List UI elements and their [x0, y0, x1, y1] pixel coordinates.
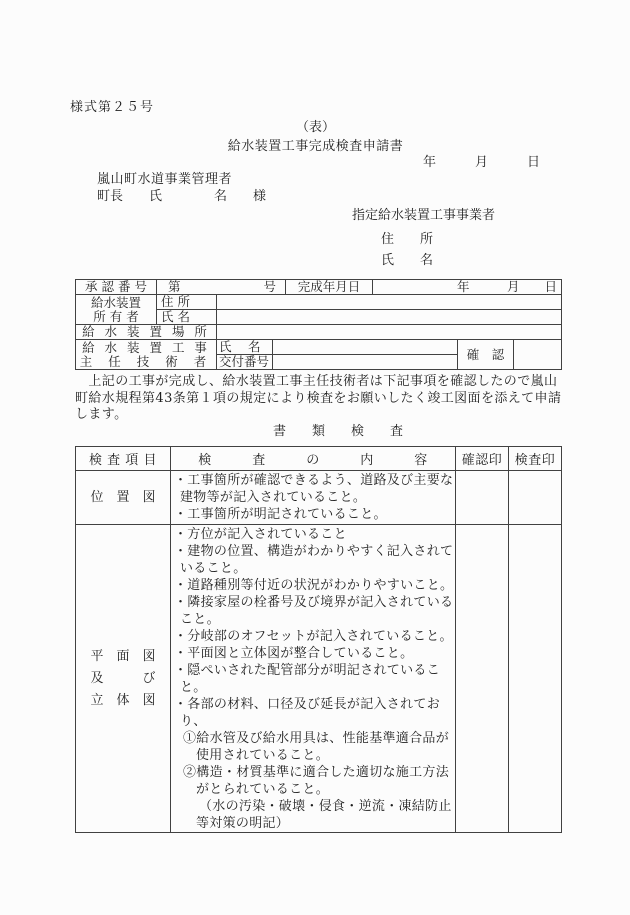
inspection-item-label: 及 び — [76, 668, 170, 690]
owner-label-line2: 所 有 者 — [76, 310, 156, 324]
content-line: ②構造・材質基準に適合した適切な施工方法 — [171, 764, 455, 781]
table-row: 承 認 番 号 第 号 完成年月日 年 月 日 — [76, 280, 562, 295]
owner-label-line1: 給水装置 — [76, 296, 156, 310]
approval-number-label: 承 認 番 号 — [76, 280, 157, 295]
content-line: ・道路種別等付近の状況がわかりやすいこと。 — [171, 577, 455, 594]
approval-number-value-cell: 第 号 — [157, 280, 286, 295]
content-line: いること。 — [171, 560, 455, 577]
chief-name-label: 氏 名 — [217, 340, 273, 355]
header-inspect-stamp: 検査印 — [509, 447, 562, 471]
inspect-stamp-cell — [509, 471, 562, 525]
content-line: ①給水管及び給水用具は、性能基準適合品が — [171, 730, 455, 747]
content-line: （水の汚染・破壊・侵食・逆流・凍結防止 — [171, 798, 455, 815]
content-line: 使用されていること。 — [171, 747, 455, 764]
confirm-stamp-cell — [456, 525, 509, 833]
chief-name-value-cell — [273, 340, 458, 355]
table-row: 給 水 装 置 場 所 — [76, 325, 562, 340]
applicant-heading: 指定給水装置工事事業者 — [352, 208, 495, 223]
chief-cert-number-value-cell — [273, 355, 458, 370]
statement-line: 上記の工事が完成し、給水装置工事主任技術者は下記事項を確認したので嵐山 — [75, 374, 565, 391]
form-number: 様式第２５号 — [70, 100, 154, 115]
content-line: ・隠ぺいされた配管部分が明記されているこ — [171, 662, 455, 679]
header-inspection-content: 検 査 の 内 容 — [171, 447, 456, 471]
table-header-row: 検 査 項 目 検 査 の 内 容 確認印 検査印 — [76, 447, 562, 471]
table-row: 位 置 図 ・工事箇所が確認できるよう、道路及び主要な建物等が記入されていること… — [76, 471, 562, 525]
content-line: ・各部の材料、口径及び延長が記入されてお — [171, 696, 455, 713]
content-line: り、 — [171, 713, 455, 730]
inspect-stamp-cell — [509, 525, 562, 833]
water-manager-line: 嵐山町水道事業管理者 — [97, 172, 232, 187]
content-line: ・分岐部のオフセットが記入されていること。 — [171, 628, 455, 645]
content-line: ・平面図と立体図が整合していること。 — [171, 645, 455, 662]
application-form-page: 様式第２５号 （表） 給水装置工事完成検査申請書 年 月 日 嵐山町水道事業管理… — [0, 0, 630, 915]
content-line: こと。 — [171, 611, 455, 628]
chief-engineer-label-line2: 主 任 技 術 者 — [76, 355, 216, 369]
content-line: 建物等が記入されていること。 — [171, 489, 455, 506]
content-line: ・工事箇所が確認できるよう、道路及び主要な — [171, 472, 455, 489]
mayor-name-line: 町長 氏 名 様 — [97, 189, 266, 204]
document-title: 給水装置工事完成検査申請書 — [70, 139, 561, 154]
content-line: がとられていること。 — [171, 781, 455, 798]
content-line: ・隣接家屋の栓番号及び境界が記入されている — [171, 594, 455, 611]
installation-location-label: 給 水 装 置 場 所 — [76, 325, 217, 340]
approval-number-prefix: 第 — [168, 280, 181, 294]
content-line: ・方位が記入されていること — [171, 526, 455, 543]
content-line: ・建物の位置、構造がわかりやすく記入されて — [171, 543, 455, 560]
document-inspection-heading: 書 類 検 査 — [70, 424, 561, 439]
approval-info-table: 承 認 番 号 第 号 完成年月日 年 月 日 給水装置 所 有 者 住 所 氏… — [75, 279, 562, 370]
chief-engineer-label-line1: 給 水 装 置 工 事 — [76, 341, 216, 355]
inspection-content-cell: ・方位が記入されていること・建物の位置、構造がわかりやすく記入されていること。・… — [171, 525, 456, 833]
content-line: ・工事箇所が明記されていること。 — [171, 506, 455, 523]
completion-date-value-cell: 年 月 日 — [373, 280, 562, 295]
owner-label-cell: 給水装置 所 有 者 — [76, 295, 157, 325]
application-date-line: 年 月 日 — [70, 155, 540, 170]
owner-address-label: 住 所 — [157, 295, 217, 310]
owner-name-value-cell — [217, 310, 562, 325]
statement-line: します。 — [75, 407, 565, 424]
completion-date-label: 完成年月日 — [286, 280, 373, 295]
inspection-item-label: 位 置 図 — [76, 489, 170, 506]
inspection-content-cell: ・工事箇所が確認できるよう、道路及び主要な建物等が記入されていること。・工事箇所… — [171, 471, 456, 525]
inspection-item-cell: 平 面 図及 び立 体 図 — [76, 525, 171, 833]
inspection-item-label: 平 面 図 — [76, 646, 170, 668]
header-confirm-stamp: 確認印 — [456, 447, 509, 471]
table-row: 給 水 装 置 工 事 主 任 技 術 者 氏 名 確 認 — [76, 340, 562, 355]
applicant-address-label: 住 所 — [381, 232, 433, 247]
confirm-label-cell: 確 認 — [458, 340, 514, 370]
table-row: 平 面 図及 び立 体 図 ・方位が記入されていること・建物の位置、構造がわかり… — [76, 525, 562, 833]
chief-cert-number-label: 交付番号 — [217, 355, 273, 370]
table-row: 給水装置 所 有 者 住 所 — [76, 295, 562, 310]
owner-name-label: 氏 名 — [157, 310, 217, 325]
confirm-stamp-cell — [456, 471, 509, 525]
confirm-stamp-cell — [514, 340, 562, 370]
inspection-item-cell: 位 置 図 — [76, 471, 171, 525]
inspection-item-label: 立 体 図 — [76, 690, 170, 712]
statement-paragraph: 上記の工事が完成し、給水装置工事主任技術者は下記事項を確認したので嵐山 町給水規… — [75, 374, 565, 424]
document-inspection-table: 検 査 項 目 検 査 の 内 容 確認印 検査印 位 置 図 ・工事箇所が確認… — [75, 446, 562, 833]
applicant-name-label: 氏 名 — [381, 253, 433, 268]
sheet-side-label: （表） — [70, 120, 561, 135]
content-line: と。 — [171, 679, 455, 696]
statement-line: 町給水規程第43条第１項の規定により検査をお願いしたく竣工図面を添えて申請 — [75, 391, 565, 408]
content-line: 等対策の明記） — [171, 815, 455, 832]
owner-address-value-cell — [217, 295, 562, 310]
approval-number-suffix: 号 — [263, 280, 276, 294]
chief-engineer-label-cell: 給 水 装 置 工 事 主 任 技 術 者 — [76, 340, 217, 370]
header-inspection-item: 検 査 項 目 — [76, 447, 171, 471]
installation-location-value-cell — [217, 325, 562, 340]
